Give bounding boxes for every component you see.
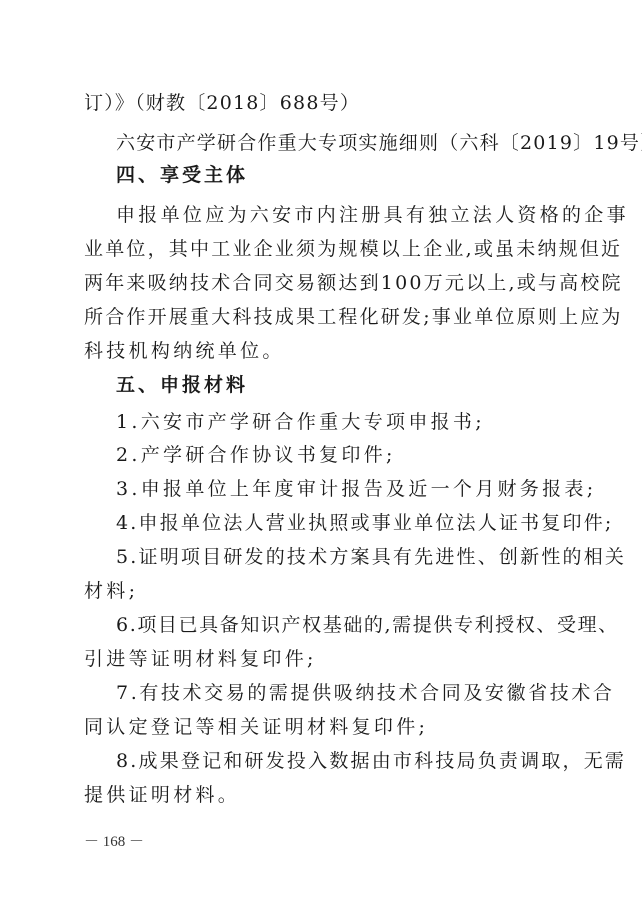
paragraph-line: 申报单位应为六安市内注册具有独立法人资格的企事 [116, 203, 562, 227]
list-item-7: 7.有技术交易的需提供吸纳技术合同及安徽省技术合 [116, 681, 562, 705]
list-item-8-continuation: 提供证明材料。 [84, 783, 562, 807]
paragraph-line: 科技机构纳统单位。 [84, 339, 562, 363]
paragraph-line: 业单位，其中工业企业须为规模以上企业,或虽未纳规但近 [84, 237, 562, 261]
list-item-5-continuation: 材料; [84, 579, 562, 603]
section-heading-beneficiary: 四、享受主体 [116, 163, 562, 187]
list-item-8: 8.成果登记和研发投入数据由市科技局负责调取，无需 [116, 749, 562, 773]
text-line-policy-reference: 六安市产学研合作重大专项实施细则（六科〔2019〕19号） [116, 131, 562, 155]
section-heading-materials: 五、申报材料 [116, 373, 562, 397]
list-item-7-continuation: 同认定登记等相关证明材料复印件; [84, 715, 562, 739]
list-item-1: 1.六安市产学研合作重大专项申报书; [116, 410, 562, 434]
page-number: － 168 － [84, 832, 144, 852]
paragraph-line: 两年来吸纳技术合同交易额达到100万元以上,或与高校院 [84, 271, 562, 295]
list-item-2: 2.产学研合作协议书复印件; [116, 443, 562, 467]
list-item-6-continuation: 引进等证明材料复印件; [84, 647, 562, 671]
list-item-6: 6.项目已具备知识产权基础的,需提供专利授权、受理、 [116, 613, 562, 637]
list-item-5: 5.证明项目研发的技术方案具有先进性、创新性的相关 [116, 545, 562, 569]
text-line-continuation: 订）》（财教〔2018〕688号） [84, 91, 562, 115]
list-item-4: 4.申报单位法人营业执照或事业单位法人证书复印件; [116, 511, 562, 535]
paragraph-line: 所合作开展重大科技成果工程化研发;事业单位原则上应为 [84, 305, 562, 329]
list-item-3: 3.申报单位上年度审计报告及近一个月财务报表; [116, 477, 562, 501]
